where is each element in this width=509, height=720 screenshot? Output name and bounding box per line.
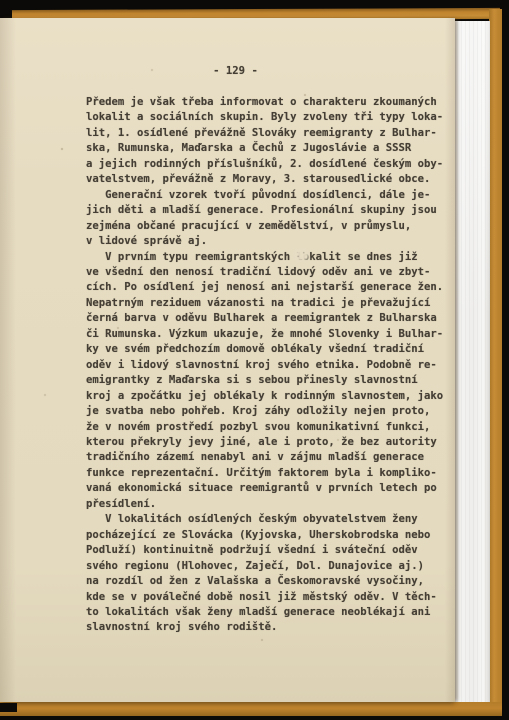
page-number: - 129 -: [8, 65, 463, 77]
book-cover-edge-bottom: [0, 702, 502, 716]
book-cover-edge-right: [489, 9, 502, 715]
document-page: - 129 - Předem je však třeba informovat …: [0, 18, 455, 702]
body-text: Předem je však třeba informovat o charak…: [86, 95, 443, 636]
photo-dark-notch: [0, 703, 17, 712]
book-scan-photo: - 129 - Předem je však třeba informovat …: [0, 0, 509, 720]
page-edge-stack: [453, 21, 490, 702]
correction-smudge-artifact: [292, 247, 310, 263]
